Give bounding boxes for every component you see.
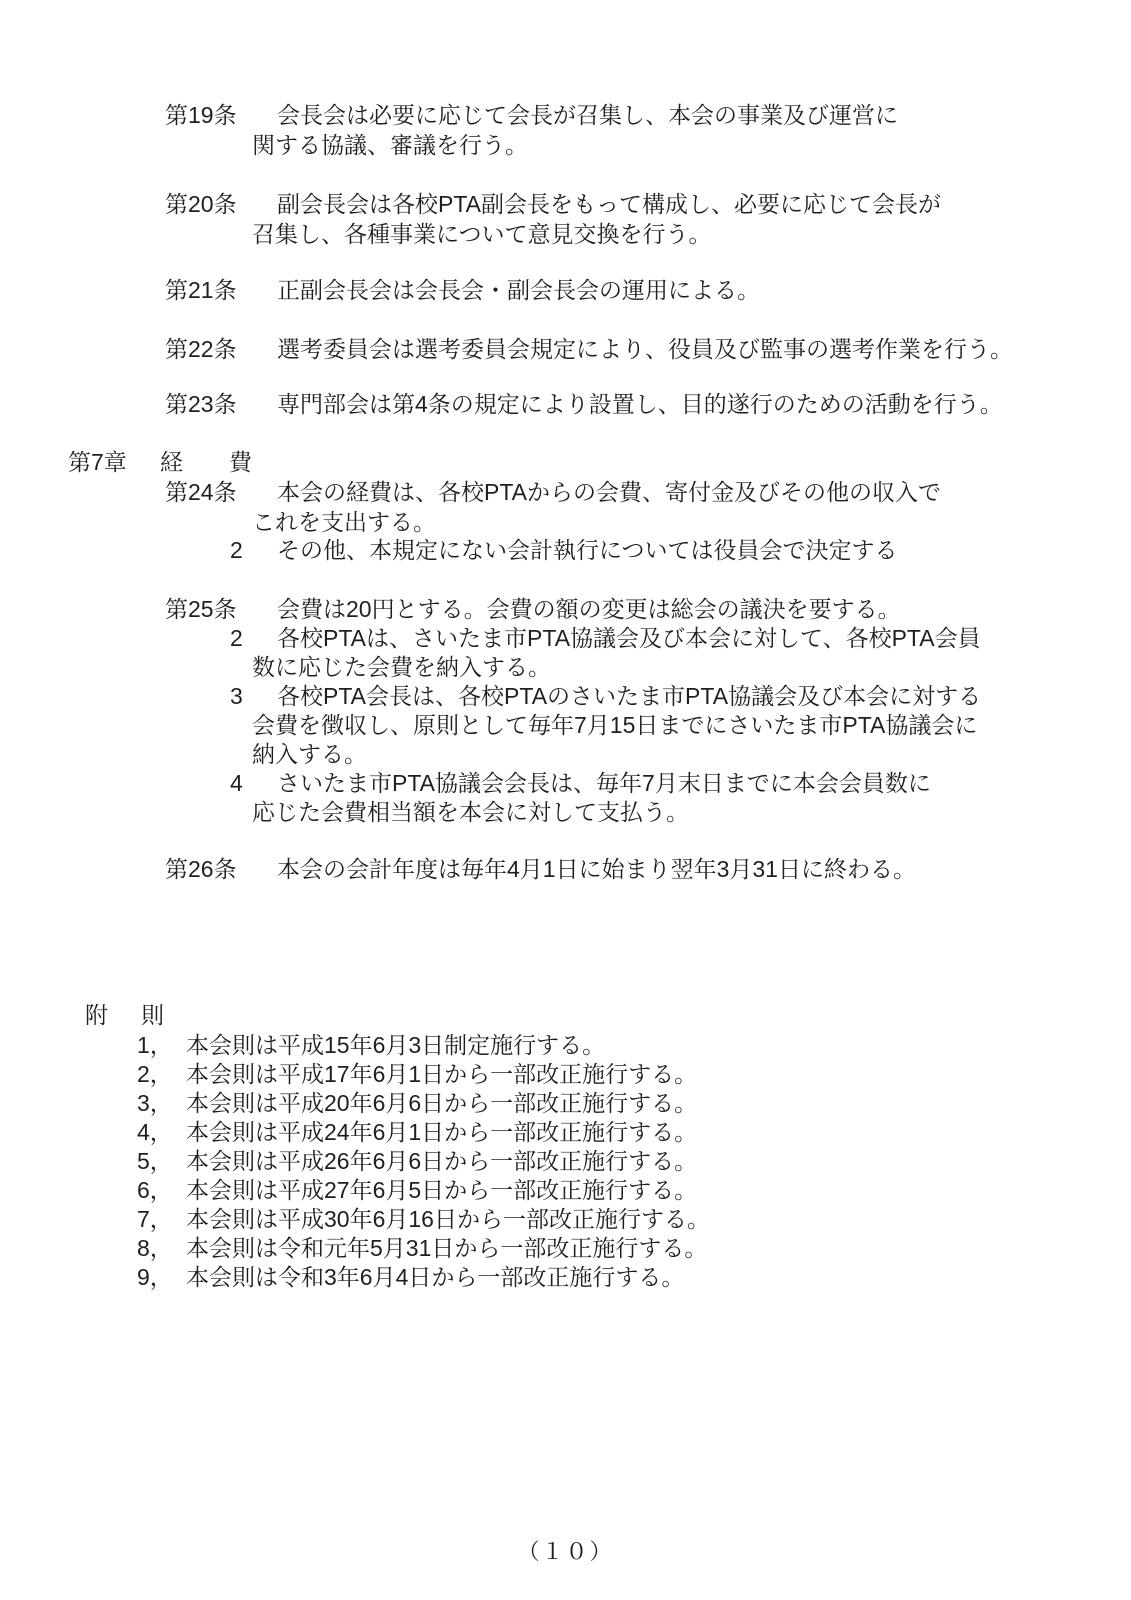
article-24-item-2: 2その他、本規定にない会計執行については役員会で決定する: [230, 536, 898, 565]
article-25-item-3-text-1: 各校PTA会長は、各校PTAのさいたま市PTA協議会及び本会に対する: [277, 683, 981, 709]
supplementary-item-1-number: 1，: [137, 1031, 186, 1060]
article-25-item-4-text-1: さいたま市PTA協議会会長は、毎年7月末日までに本会会員数に: [277, 770, 931, 796]
chapter-7-heading: 第7章経 費: [68, 448, 252, 477]
supplementary-item-5: 5，本会則は平成26年6月6日から一部改正施行する。: [137, 1147, 697, 1176]
article-25-line-1: 第25条会費は20円とする。会費の額の変更は総会の議決を要する。: [165, 595, 901, 624]
supplementary-item-8-number: 8，: [137, 1234, 186, 1263]
article-22-text-1: 選考委員会は選考委員会規定により、役員及び監事の選考作業を行う。: [277, 336, 1013, 362]
article-20-text-2: 召集し、各種事業について意見交換を行う。: [252, 221, 712, 247]
article-19-number: 第19条: [165, 101, 277, 130]
supplementary-heading-text: 附 則: [85, 1002, 169, 1028]
article-24-text-1: 本会の経費は、各校PTAからの会費、寄付金及びその他の収入で: [277, 479, 941, 505]
supplementary-item-1-text: 本会則は平成15年6月3日制定施行する。: [186, 1032, 605, 1058]
chapter-7-title: 経 費: [160, 449, 252, 475]
article-25-item-3-number: 3: [230, 682, 277, 711]
supplementary-item-6-number: 6，: [137, 1176, 186, 1205]
supplementary-item-7-text: 本会則は平成30年6月16日から一部改正施行する。: [186, 1206, 710, 1232]
article-20-text-1: 副会長会は各校PTA副会長をもって構成し、必要に応じて会長が: [277, 191, 941, 217]
supplementary-item-4: 4，本会則は平成24年6月1日から一部改正施行する。: [137, 1118, 697, 1147]
supplementary-item-9: 9，本会則は令和3年6月4日から一部改正施行する。: [137, 1263, 684, 1292]
article-19-line-1: 第19条会長会は必要に応じて会長が召集し、本会の事業及び運営に: [165, 101, 898, 130]
article-21-text-1: 正副会長会は会長会・副会長会の運用による。: [277, 277, 760, 303]
article-25-item-3-text-2: 会費を徴収し、原則として毎年7月15日までにさいたま市PTA協議会に: [252, 712, 977, 738]
supplementary-item-2-number: 2，: [137, 1060, 186, 1089]
supplementary-item-4-number: 4，: [137, 1118, 186, 1147]
article-25-item-3-line-1: 3各校PTA会長は、各校PTAのさいたま市PTA協議会及び本会に対する: [230, 682, 981, 711]
article-24-item-2-text: その他、本規定にない会計執行については役員会で決定する: [277, 537, 898, 563]
article-25-item-4-line-2: 応じた会費相当額を本会に対して支払う。: [252, 798, 689, 827]
supplementary-item-3-text: 本会則は平成20年6月6日から一部改正施行する。: [186, 1090, 697, 1116]
article-19-text-2: 関する協議、審議を行う。: [252, 132, 528, 158]
article-25-item-2-number: 2: [230, 624, 277, 653]
supplementary-item-1: 1，本会則は平成15年6月3日制定施行する。: [137, 1031, 605, 1060]
supplementary-item-3-number: 3，: [137, 1089, 186, 1118]
supplementary-item-7-number: 7，: [137, 1205, 186, 1234]
supplementary-item-4-text: 本会則は平成24年6月1日から一部改正施行する。: [186, 1119, 697, 1145]
article-25-text-1: 会費は20円とする。会費の額の変更は総会の議決を要する。: [277, 596, 901, 622]
article-19-line-2: 関する協議、審議を行う。: [252, 131, 528, 160]
article-25-item-2-line-1: 2各校PTAは、さいたま市PTA協議会及び本会に対して、各校PTA会員: [230, 624, 981, 653]
article-24-line-1: 第24条本会の経費は、各校PTAからの会費、寄付金及びその他の収入で: [165, 478, 941, 507]
supplementary-item-5-text: 本会則は平成26年6月6日から一部改正施行する。: [186, 1148, 697, 1174]
article-25-item-4-line-1: 4さいたま市PTA協議会会長は、毎年7月末日までに本会会員数に: [230, 769, 931, 798]
chapter-7-number: 第7章: [68, 448, 160, 477]
article-25-item-3-text-3: 納入する。: [252, 741, 367, 767]
article-23-number: 第23条: [165, 390, 277, 419]
supplementary-item-2: 2，本会則は平成17年6月1日から一部改正施行する。: [137, 1060, 697, 1089]
article-25-item-2-line-2: 数に応じた会費を納入する。: [252, 653, 551, 682]
supplementary-item-6-text: 本会則は平成27年6月5日から一部改正施行する。: [186, 1177, 697, 1203]
supplementary-item-8: 8，本会則は令和元年5月31日から一部改正施行する。: [137, 1234, 707, 1263]
supplementary-item-5-number: 5，: [137, 1147, 186, 1176]
supplementary-item-9-number: 9，: [137, 1263, 186, 1292]
article-23-line-1: 第23条専門部会は第4条の規定により設置し、目的遂行のための活動を行う。: [165, 390, 1003, 419]
article-21-number: 第21条: [165, 276, 277, 305]
article-19-text-1: 会長会は必要に応じて会長が召集し、本会の事業及び運営に: [277, 102, 898, 128]
document-page: 第19条会長会は必要に応じて会長が召集し、本会の事業及び運営に 関する協議、審議…: [0, 0, 1131, 1600]
page-number: （１０）: [0, 1538, 1131, 1566]
article-24-text-2: これを支出する。: [252, 509, 436, 535]
article-26-number: 第26条: [165, 855, 277, 884]
article-25-number: 第25条: [165, 595, 277, 624]
article-25-item-3-line-2: 会費を徴収し、原則として毎年7月15日までにさいたま市PTA協議会に: [252, 711, 977, 740]
article-21-line-1: 第21条正副会長会は会長会・副会長会の運用による。: [165, 276, 760, 305]
article-25-item-4-number: 4: [230, 769, 277, 798]
article-20-number: 第20条: [165, 190, 277, 219]
supplementary-item-7: 7，本会則は平成30年6月16日から一部改正施行する。: [137, 1205, 710, 1234]
supplementary-item-9-text: 本会則は令和3年6月4日から一部改正施行する。: [186, 1264, 684, 1290]
supplementary-item-6: 6，本会則は平成27年6月5日から一部改正施行する。: [137, 1176, 697, 1205]
article-24-item-2-number: 2: [230, 536, 277, 565]
supplementary-item-3: 3，本会則は平成20年6月6日から一部改正施行する。: [137, 1089, 697, 1118]
article-26-text-1: 本会の会計年度は毎年4月1日に始まり翌年3月31日に終わる。: [277, 856, 916, 882]
article-23-text-1: 専門部会は第4条の規定により設置し、目的遂行のための活動を行う。: [277, 391, 1003, 417]
supplementary-item-8-text: 本会則は令和元年5月31日から一部改正施行する。: [186, 1235, 707, 1261]
article-24-number: 第24条: [165, 478, 277, 507]
article-25-item-2-text-2: 数に応じた会費を納入する。: [252, 654, 551, 680]
article-26-line-1: 第26条本会の会計年度は毎年4月1日に始まり翌年3月31日に終わる。: [165, 855, 916, 884]
article-25-item-3-line-3: 納入する。: [252, 740, 367, 769]
article-22-number: 第22条: [165, 335, 277, 364]
supplementary-item-2-text: 本会則は平成17年6月1日から一部改正施行する。: [186, 1061, 697, 1087]
supplementary-heading: 附 則: [85, 1001, 169, 1030]
article-25-item-2-text-1: 各校PTAは、さいたま市PTA協議会及び本会に対して、各校PTA会員: [277, 625, 981, 651]
article-20-line-1: 第20条副会長会は各校PTA副会長をもって構成し、必要に応じて会長が: [165, 190, 941, 219]
article-20-line-2: 召集し、各種事業について意見交換を行う。: [252, 220, 712, 249]
article-25-item-4-text-2: 応じた会費相当額を本会に対して支払う。: [252, 799, 689, 825]
article-22-line-1: 第22条選考委員会は選考委員会規定により、役員及び監事の選考作業を行う。: [165, 335, 1013, 364]
article-24-line-2: これを支出する。: [252, 508, 436, 537]
